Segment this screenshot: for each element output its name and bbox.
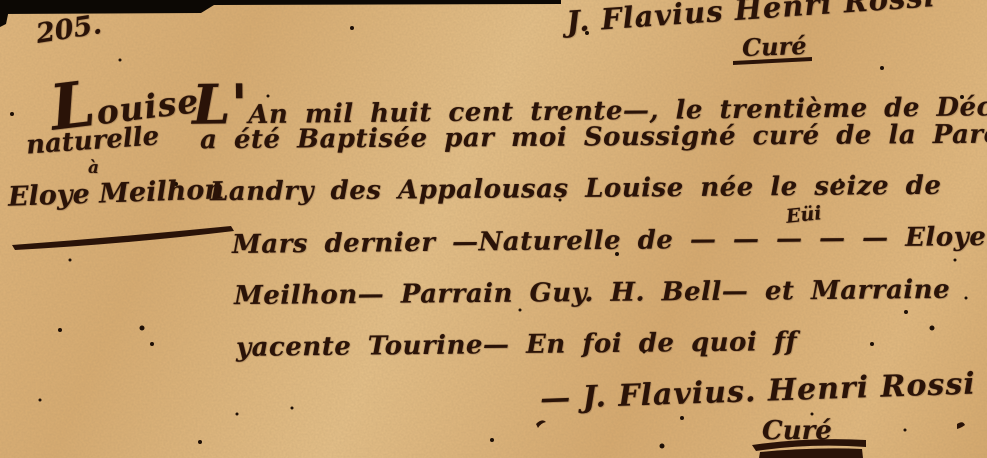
interline-insertion: Eüi xyxy=(785,202,823,228)
entry-number: 205. xyxy=(34,9,104,50)
margin-parent-name: Eloye Meilhon xyxy=(8,174,225,213)
previous-entry-signature-title: Curé xyxy=(742,31,807,62)
priest-signature: — J. Flavius. Henri Rossi xyxy=(540,366,977,416)
scanned-baptism-record: 205. Louise naturelle à Eloye Meilhon J.… xyxy=(0,0,987,458)
priest-signature-title: Curé xyxy=(762,416,832,446)
margin-insertion: à xyxy=(88,158,99,178)
margin-status: naturelle xyxy=(25,121,160,160)
body-line-4: Mars dernier —Naturelle de — — — — — Elo… xyxy=(232,222,987,260)
body-line-3: Landry des Appalousas Louise née le seiz… xyxy=(210,171,942,207)
body-line-6: yacente Tourine— En foi de quoi ff xyxy=(236,327,798,363)
body-line-2: a été Baptisée par moi Soussigné curé de… xyxy=(200,119,987,155)
body-line-5: Meilhon— Parrain Guy. H. Bell— et Marrai… xyxy=(234,275,950,311)
